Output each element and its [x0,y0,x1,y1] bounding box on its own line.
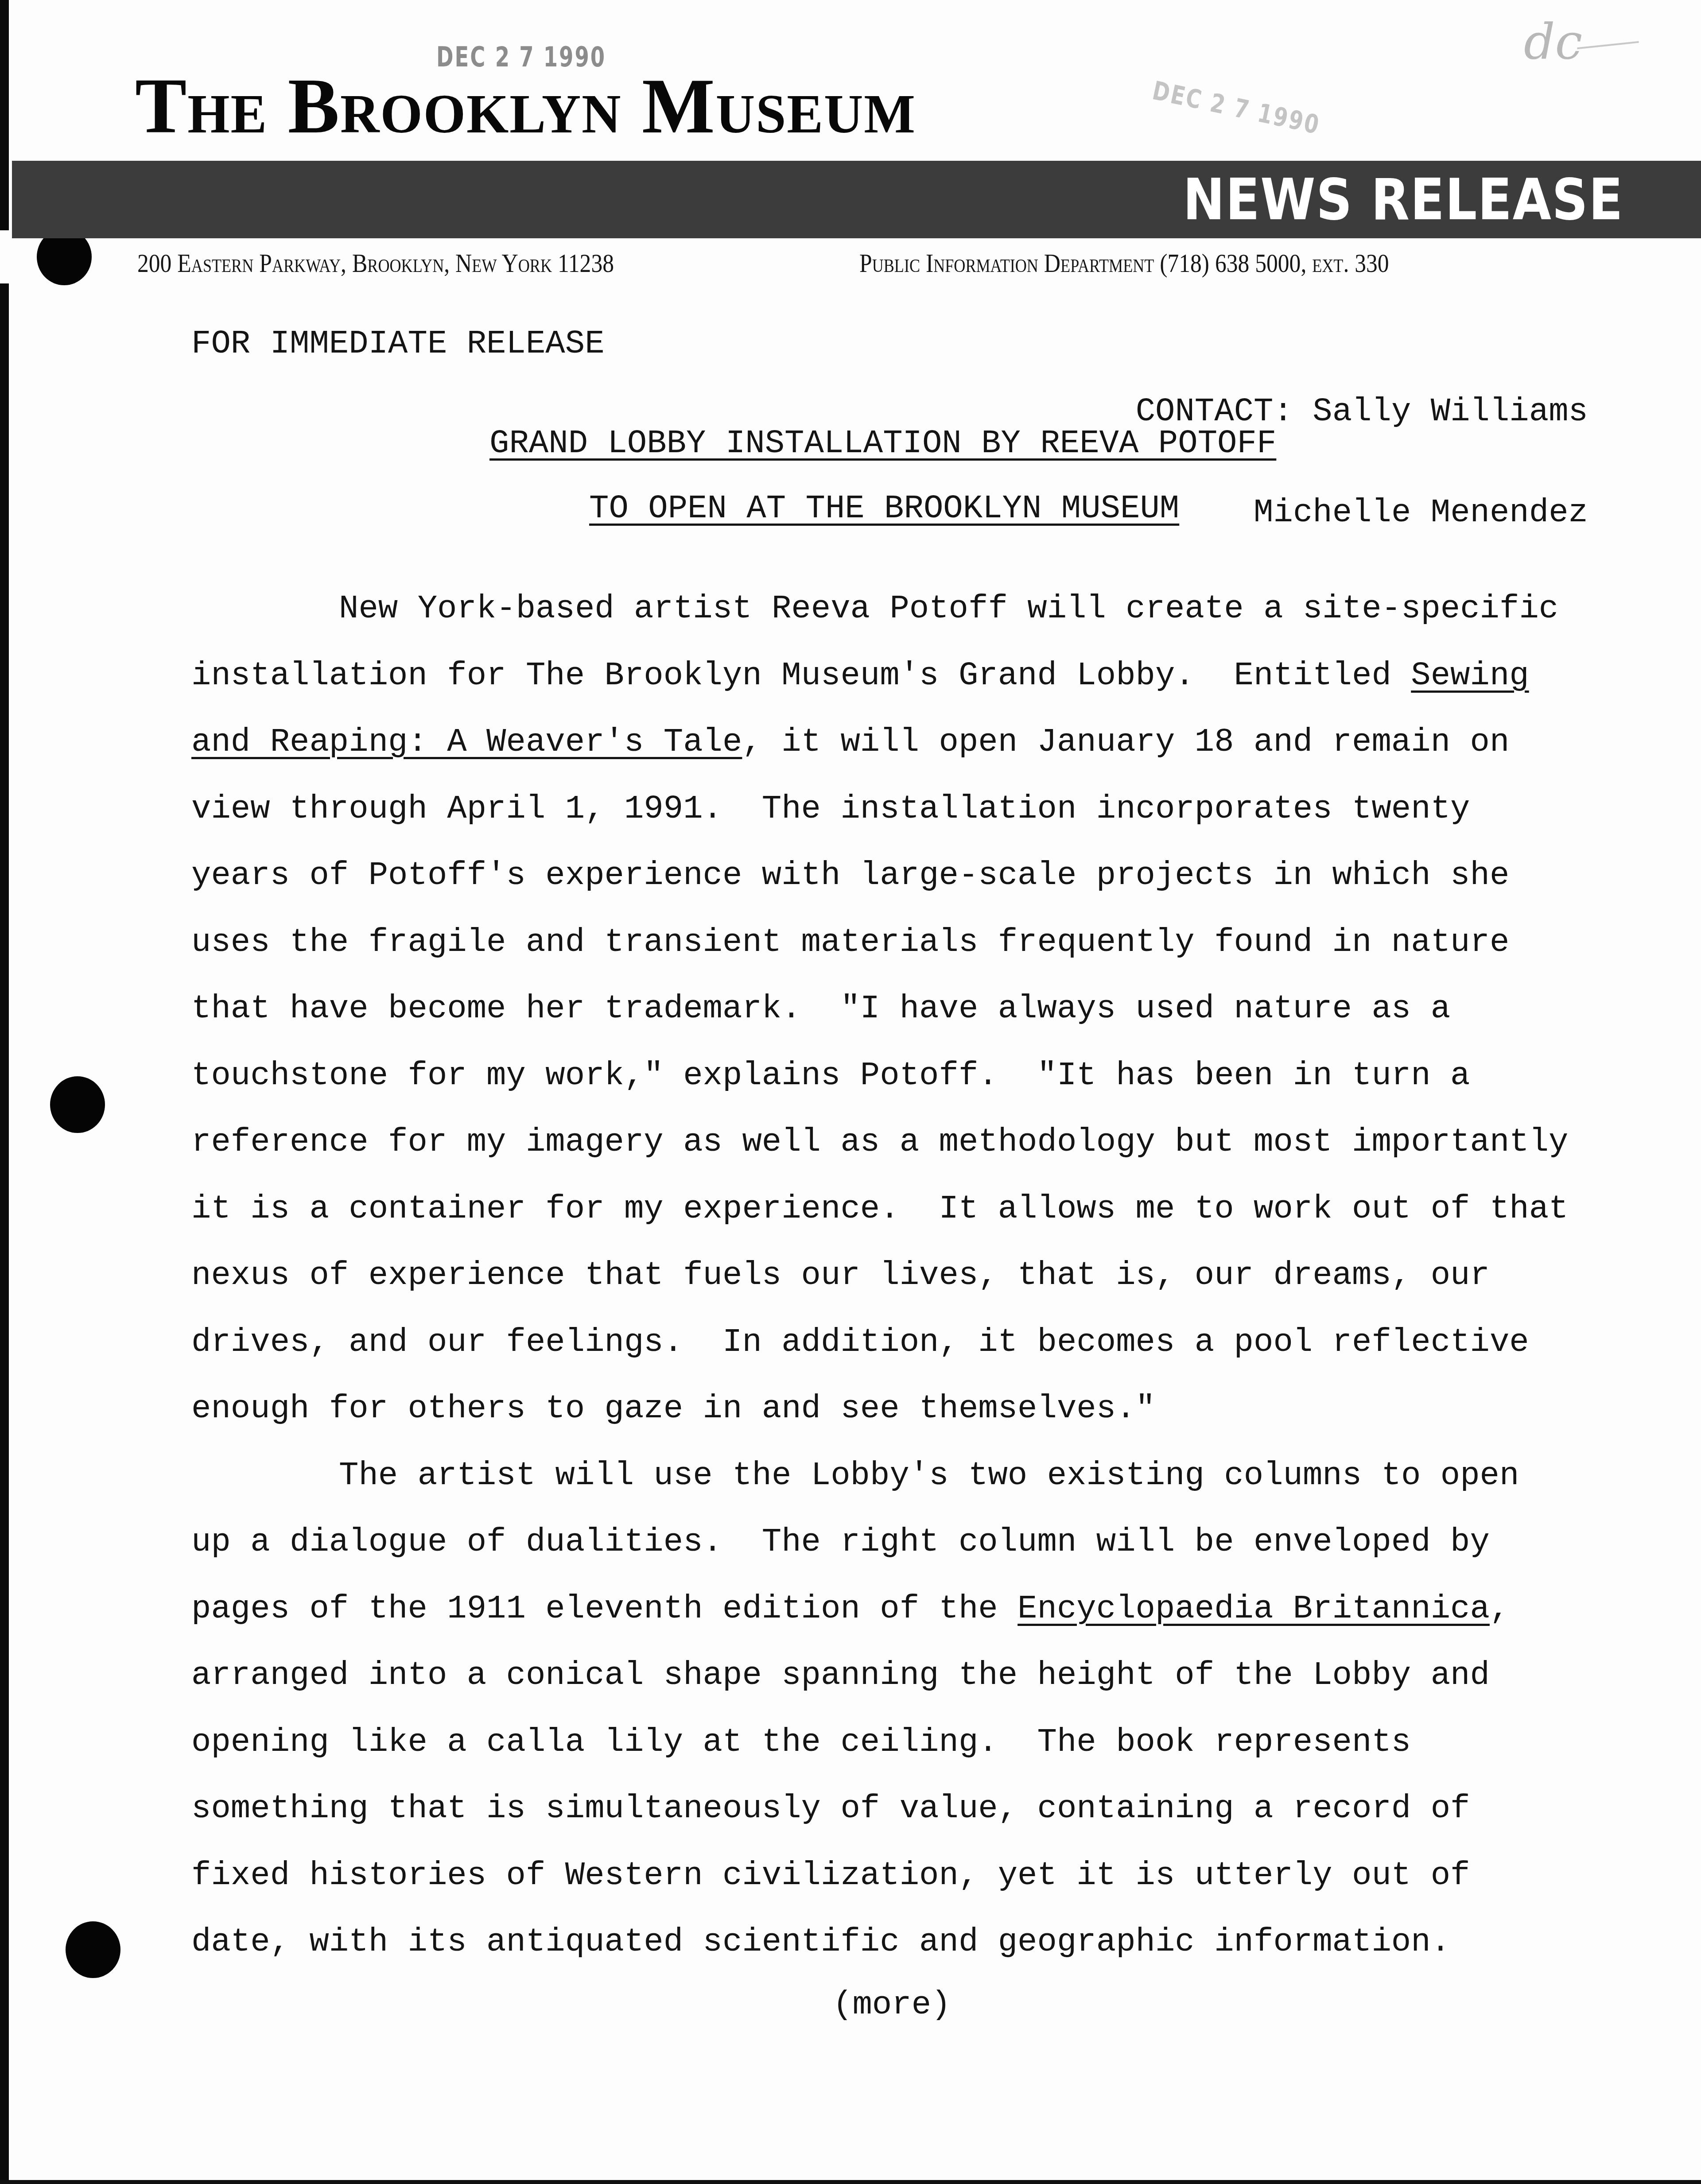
underlined-title: and Reaping: A Weaver's Tale [191,724,742,761]
banner-label: NEWS RELEASE [1183,167,1623,233]
body-line: nexus of experience that fuels our lives… [191,1259,1490,1292]
scan-edge-bottom [0,2180,1701,2184]
body-line: something that is simultaneously of valu… [191,1792,1470,1825]
body-line: The artist will use the Lobby's two exis… [339,1459,1519,1492]
contact-line-1: CONTACT: Sally Williams [1136,395,1588,429]
text-segment: drives, and our feelings. In addition, i… [191,1324,1529,1361]
text-segment: enough for others to gaze in and see the… [191,1390,1155,1428]
body-line: New York-based artist Reeva Potoff will … [339,593,1558,625]
museum-masthead: The Brooklyn Museum [135,66,916,145]
body-line: date, with its antiquated scientific and… [191,1926,1450,1959]
text-segment: years of Potoff's experience with large-… [191,857,1509,894]
body-line: drives, and our feelings. In addition, i… [191,1326,1529,1359]
text-segment: touchstone for my work," explains Potoff… [191,1057,1470,1094]
text-segment: The artist will use the Lobby's two exis… [339,1457,1519,1494]
headline-line-2: TO OPEN AT THE BROOKLYN MUSEUM [589,493,1179,525]
body-line: enough for others to gaze in and see the… [191,1393,1155,1425]
text-segment: it is a container for my experience. It … [191,1191,1569,1228]
body-line: that have become her trademark. "I have … [191,993,1450,1025]
text-segment: nexus of experience that fuels our lives… [191,1257,1490,1294]
body-line: pages of the 1911 eleventh edition of th… [191,1593,1509,1625]
department-contact-line: Public Information Department (718) 638 … [859,248,1389,279]
text-segment: pages of the 1911 eleventh edition of th… [191,1590,1017,1628]
text-segment: that have become her trademark. "I have … [191,990,1450,1028]
scan-edge-gap [0,230,9,283]
body-line: fixed histories of Western civilization,… [191,1859,1470,1892]
scan-edge-left [0,0,9,2184]
body-line: installation for The Brooklyn Museum's G… [191,659,1529,692]
body-line: reference for my imagery as well as a me… [191,1126,1569,1159]
handwritten-stroke [1577,41,1639,50]
headline-line-1: GRAND LOBBY INSTALLATION BY REEVA POTOFF [489,427,1276,460]
text-segment: installation for The Brooklyn Museum's G… [191,657,1411,694]
underlined-title: Encyclopaedia Britannica [1017,1590,1490,1628]
contact-line-2: Michelle Menendez [1136,496,1588,530]
body-line: touchstone for my work," explains Potoff… [191,1059,1470,1092]
body-line: view through April 1, 1991. The installa… [191,793,1470,826]
handwritten-initials: dc [1524,13,1582,70]
text-segment: uses the fragile and transient materials… [191,924,1509,961]
text-segment: date, with its antiquated scientific and… [191,1924,1450,1961]
punch-hole-bottom [66,1921,120,1978]
body-line: opening like a calla lily at the ceiling… [191,1726,1411,1759]
body-line: arranged into a conical shape spanning t… [191,1659,1490,1692]
body-line: and Reaping: A Weaver's Tale, it will op… [191,726,1509,759]
body-line: years of Potoff's experience with large-… [191,859,1509,892]
continuation-marker: (more) [833,1989,951,2021]
body-line: uses the fragile and transient materials… [191,926,1509,959]
body-line: up a dialogue of dualities. The right co… [191,1526,1490,1559]
text-segment: up a dialogue of dualities. The right co… [191,1524,1490,1561]
text-segment: arranged into a conical shape spanning t… [191,1657,1490,1694]
release-type: FOR IMMEDIATE RELEASE [191,328,605,361]
received-stamp-faint: DEC 2 7 1990 [1150,75,1323,140]
museum-address: 200 Eastern Parkway, Brooklyn, New York … [137,248,614,279]
body-line: it is a container for my experience. It … [191,1193,1569,1226]
text-segment: opening like a calla lily at the ceiling… [191,1724,1411,1761]
text-segment: view through April 1, 1991. The installa… [191,791,1470,828]
text-segment: , it will open January 18 and remain on [742,724,1509,761]
news-release-banner: NEWS RELEASE [12,161,1701,238]
text-segment: New York-based artist Reeva Potoff will … [339,590,1558,628]
punch-hole-middle [50,1076,105,1133]
text-segment: something that is simultaneously of valu… [191,1790,1470,1827]
text-segment: reference for my imagery as well as a me… [191,1124,1569,1161]
underlined-title: Sewing [1411,657,1529,694]
text-segment: fixed histories of Western civilization,… [191,1857,1470,1894]
text-segment: , [1490,1590,1509,1628]
